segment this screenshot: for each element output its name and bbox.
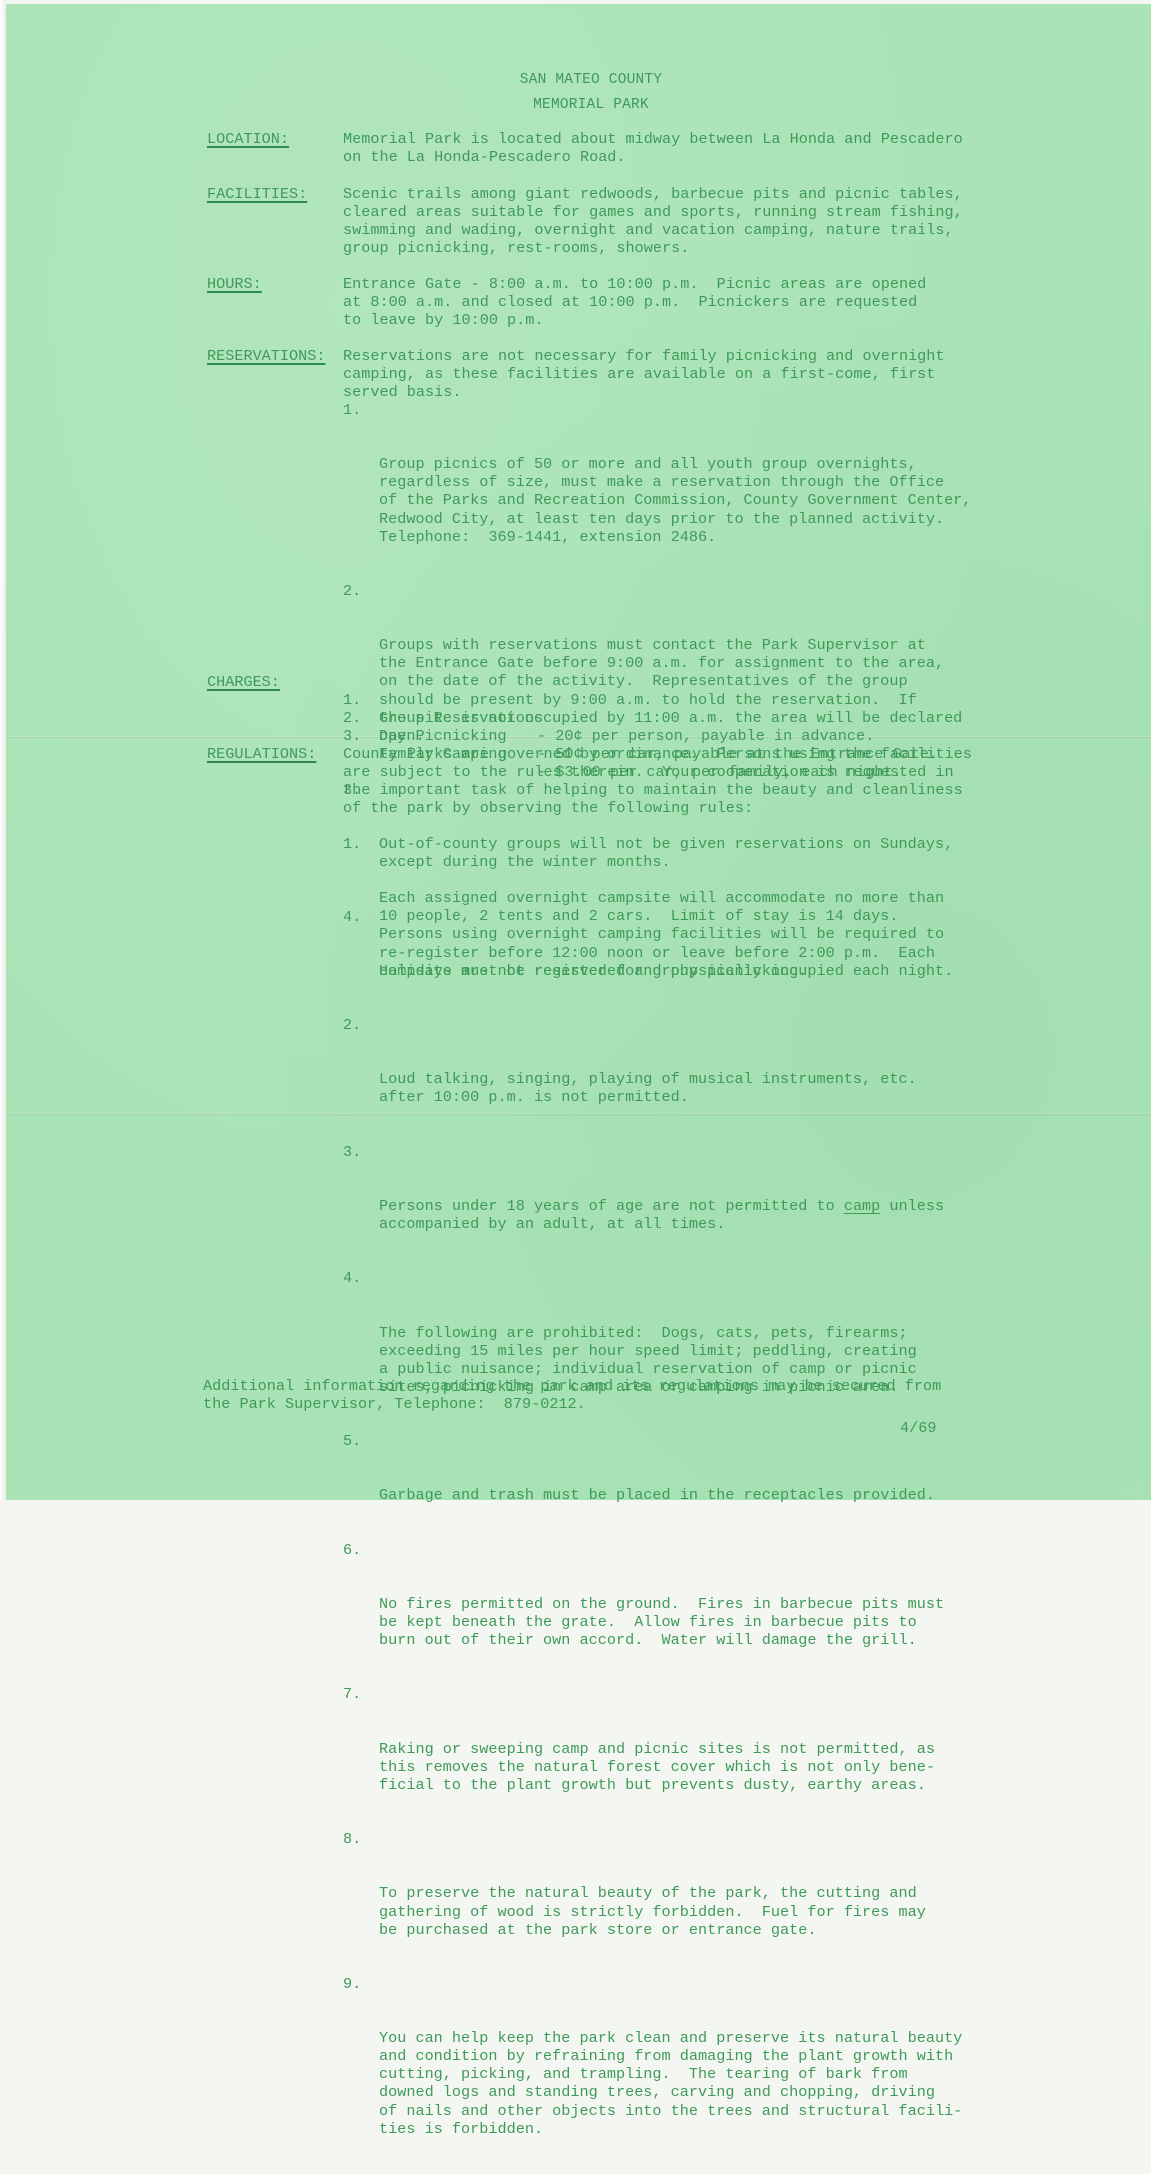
list-text: Persons under 18 years of age are not pe… [379,1197,983,1233]
list-number: 2. [343,582,361,600]
list-number: 3. [343,1143,361,1161]
charge-row: 2. Day Picnicking - 50¢ per car, payable… [343,691,983,709]
list-text: Loud talking, singing, playing of musica… [379,1070,983,1106]
list-item: 1. Group picnics of 50 or more and all y… [343,401,983,582]
list-number: 1. [343,835,361,853]
list-number: 3. [343,727,361,745]
list-item: 2. Loud talking, singing, playing of mus… [343,1016,983,1143]
section-label-regulations: REGULATIONS: [207,745,316,763]
list-number: 4. [343,1269,361,1287]
list-text-part: Persons under 18 years of age are not pe… [379,1197,844,1215]
section-label-hours: HOURS: [207,275,262,293]
list-item: 3. Persons under 18 years of age are not… [343,1143,983,1270]
document-date-code: 4/69 [900,1419,936,1437]
facilities-text: Scenic trails among giant redwoods, barb… [343,185,983,257]
charges-list: 1. Group Reservations - 20¢ per person, … [343,673,983,727]
section-label-location: LOCATION: [207,130,289,148]
list-number: 5. [343,1432,361,1450]
document-title-county: SAN MATEO COUNTY [6,71,1151,89]
charge-row: 1. Group Reservations - 20¢ per person, … [343,673,983,691]
document-title-park: MEMORIAL PARK [6,96,1151,114]
reservations-intro: Reservations are not necessary for famil… [343,347,983,401]
section-label-facilities: FACILITIES: [207,185,307,203]
emphasized-word: camp [844,1197,880,1215]
list-number: 1. [343,401,361,419]
list-text: Group picnics of 50 or more and all yout… [379,455,983,545]
section-label-reservations: RESERVATIONS: [207,347,325,365]
list-number: 2. [343,1016,361,1034]
list-text: Each assigned overnight campsite will ac… [379,889,983,979]
section-label-charges: CHARGES: [207,673,280,691]
footer-contact-note: Additional information regarding the par… [203,1377,941,1413]
location-text: Memorial Park is located about midway be… [343,130,983,166]
list-item: 5. Garbage and trash must be placed in t… [343,1432,983,1500]
list-text: Garbage and trash must be placed in the … [379,1486,983,1500]
document-page: SAN MATEO COUNTY MEMORIAL PARK LOCATION:… [6,4,1151,1500]
charge-row: 3. Family Camping - $3.00 per car, per f… [343,709,983,727]
list-item: 1. Each assigned overnight campsite will… [343,835,983,1016]
charge-price: - 20¢ per person, payable in advance. [537,727,874,745]
regulations-intro: County Parks are governed by ordinance. … [343,745,983,817]
hours-text: Entrance Gate - 8:00 a.m. to 10:00 p.m. … [343,275,983,329]
